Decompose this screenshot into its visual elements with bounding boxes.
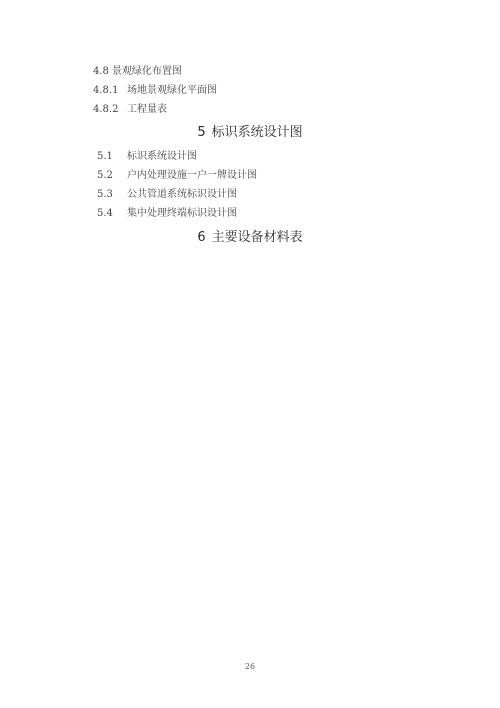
page-number: 26	[0, 662, 500, 671]
toc-entry-5-1: 5.1标识系统设计图	[97, 150, 197, 164]
section-title: 主要设备材料表	[212, 230, 303, 245]
toc-title: 景观绿化布置图	[112, 66, 182, 77]
toc-entry-5-4: 5.4集中处理终端标识设计图	[97, 207, 237, 221]
toc-title: 场地景观绿化平面图	[127, 85, 217, 96]
toc-number: 5.1	[97, 150, 127, 164]
toc-entry-4-8-2: 4.8.2工程量表	[93, 103, 167, 117]
toc-entry-5-2: 5.2户内处理设施一户一牌设计图	[97, 169, 257, 183]
toc-title: 标识系统设计图	[127, 151, 197, 162]
section-number: 6	[197, 230, 205, 245]
toc-entry-5-3: 5.3公共管道系统标识设计图	[97, 188, 237, 202]
toc-title: 工程量表	[127, 104, 167, 115]
section-title: 标识系统设计图	[212, 125, 303, 140]
section-heading-6: 6主要设备材料表	[0, 229, 500, 247]
document-page: 4.8景观绿化布置图 4.8.1场地景观绿化平面图 4.8.2工程量表 5标识系…	[0, 0, 500, 708]
toc-title: 公共管道系统标识设计图	[127, 189, 237, 200]
toc-title: 集中处理终端标识设计图	[127, 208, 237, 219]
section-heading-5: 5标识系统设计图	[0, 124, 500, 142]
toc-entry-4-8: 4.8景观绿化布置图	[93, 65, 182, 79]
toc-number: 5.4	[97, 207, 127, 221]
toc-entry-4-8-1: 4.8.1场地景观绿化平面图	[93, 84, 217, 98]
toc-number: 5.2	[97, 169, 127, 183]
toc-number: 4.8.1	[93, 84, 127, 98]
section-number: 5	[197, 125, 205, 140]
toc-number: 4.8.2	[93, 103, 127, 117]
toc-number: 4.8	[93, 65, 109, 79]
toc-title: 户内处理设施一户一牌设计图	[127, 170, 257, 181]
toc-number: 5.3	[97, 188, 127, 202]
